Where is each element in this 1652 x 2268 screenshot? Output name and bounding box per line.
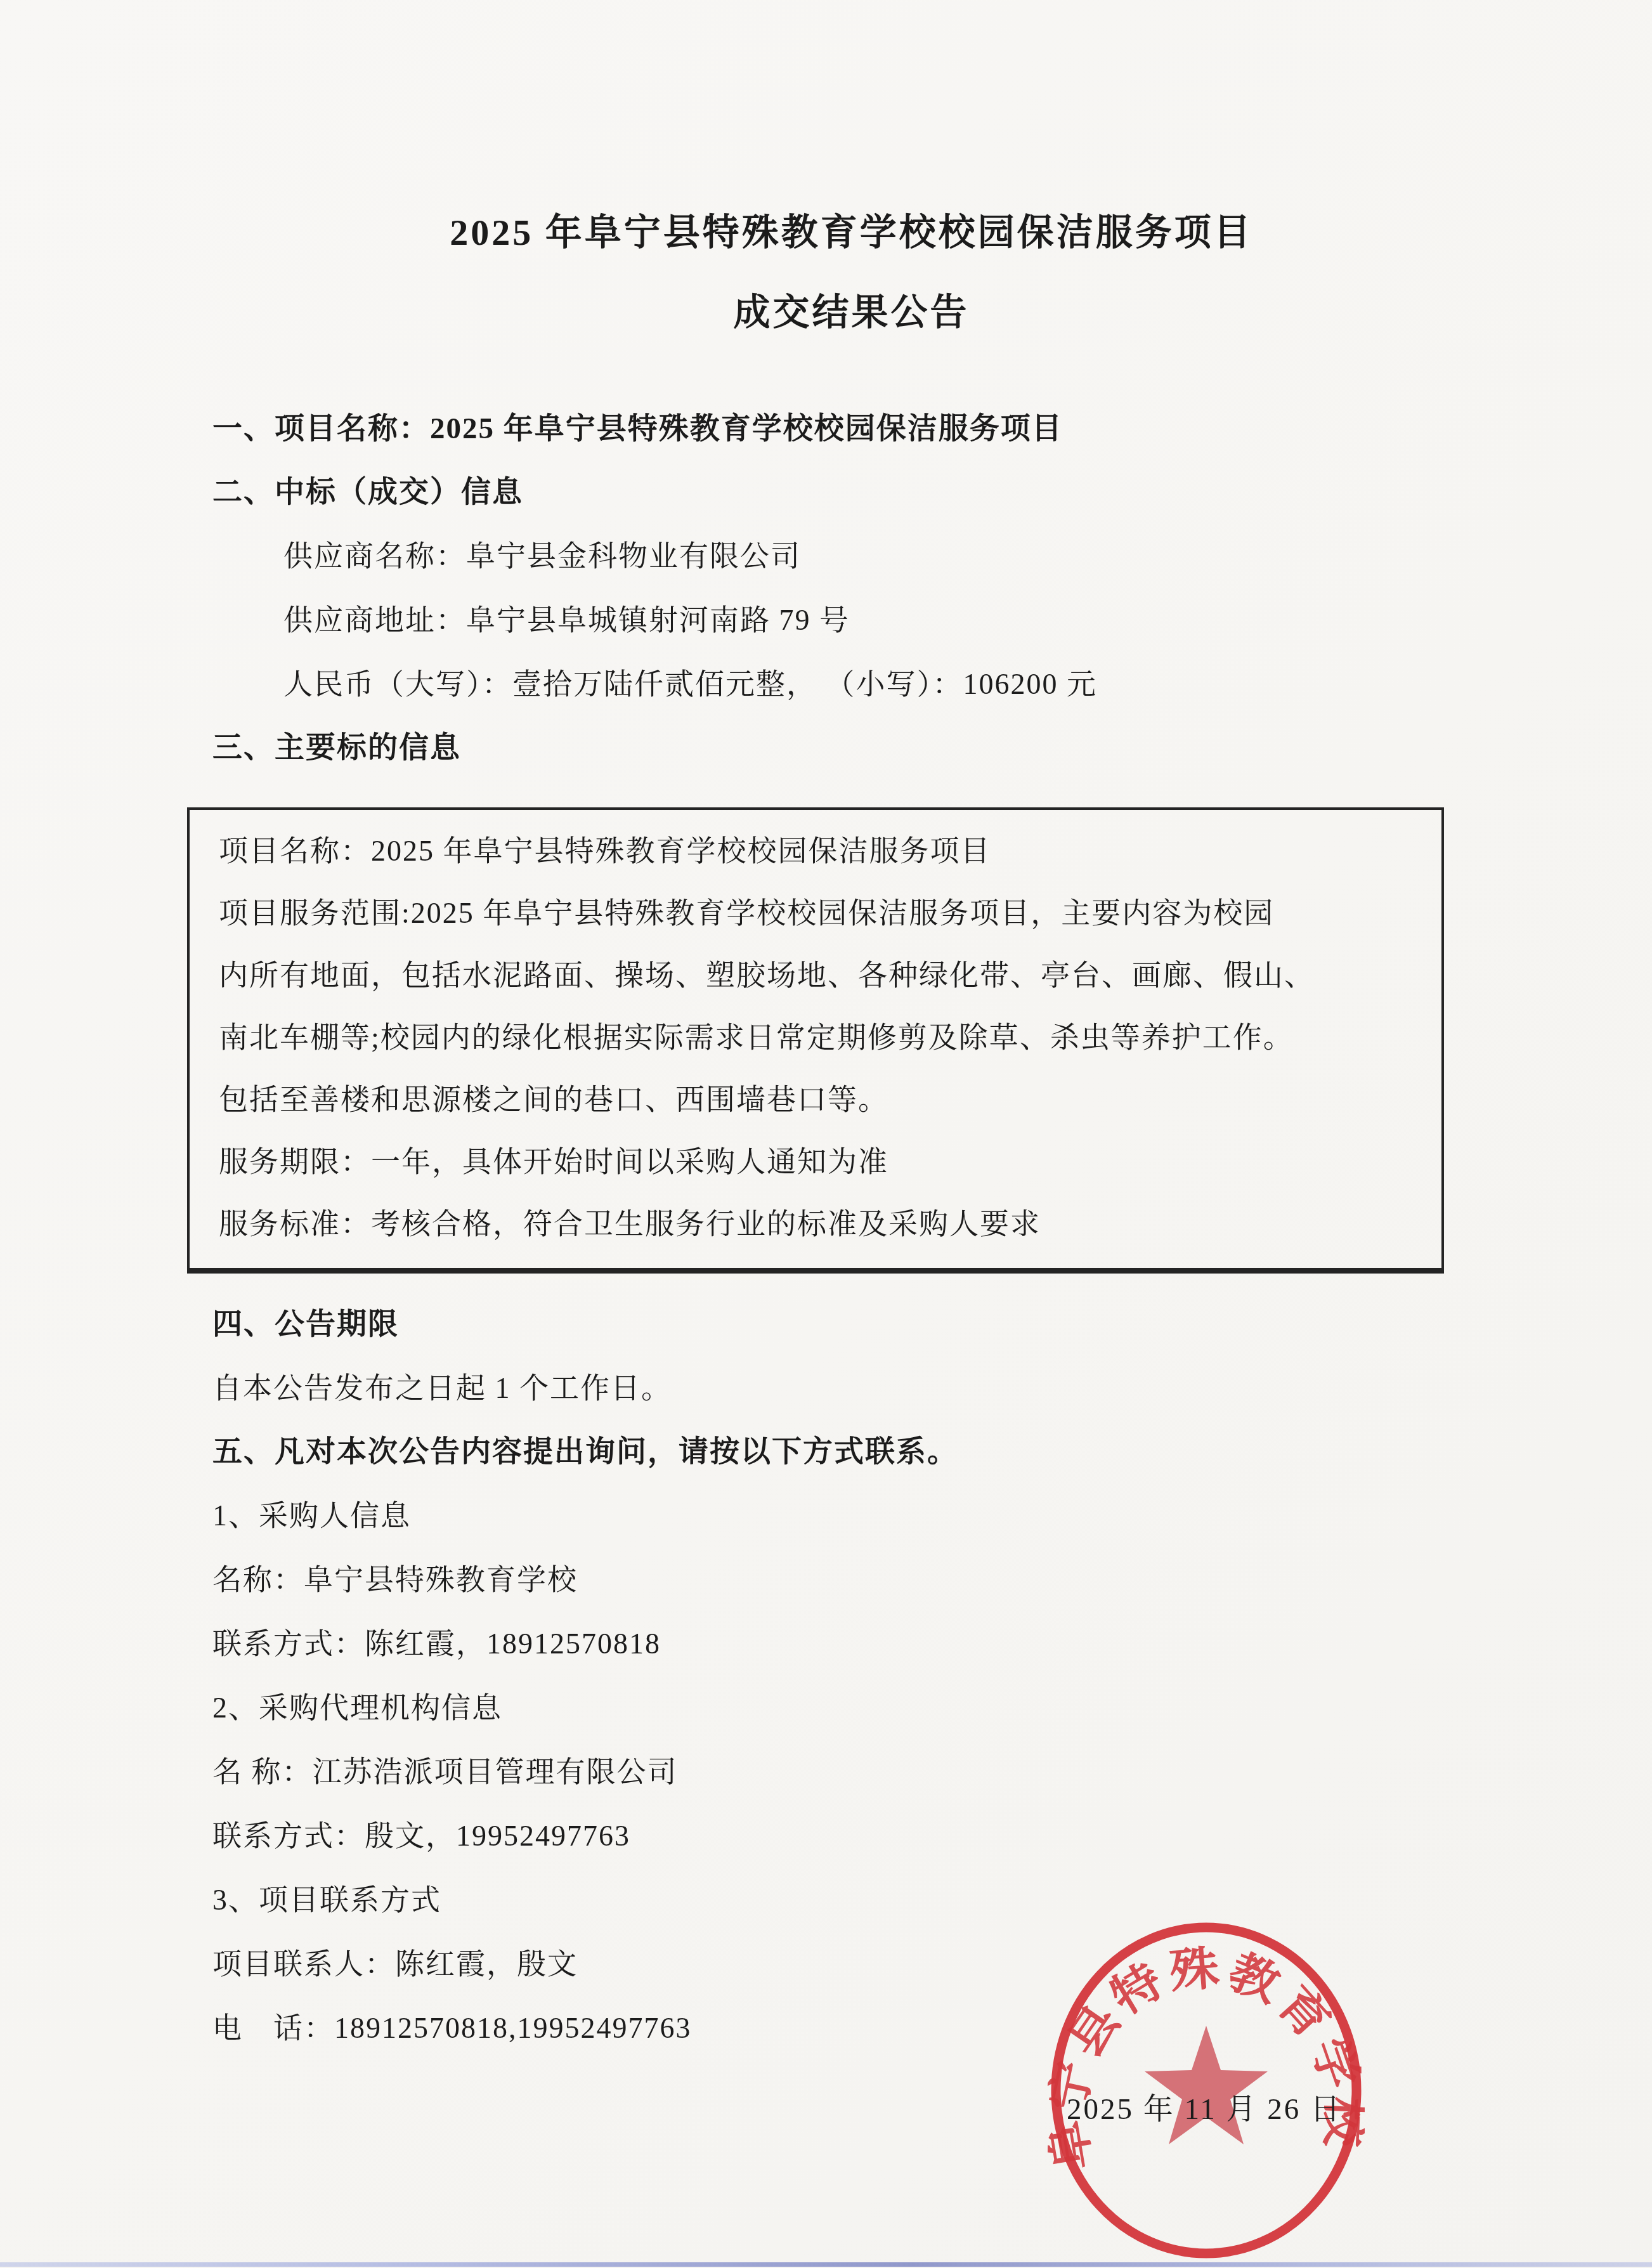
subject-matter-box: 项目名称：2025 年阜宁县特殊教育学校校园保洁服务项目 项目服务范围:2025… xyxy=(187,807,1444,1274)
announcement-date: 2025 年 11 月 26 日 xyxy=(1067,2085,1342,2128)
document-body: 2025 年阜宁县特殊教育学校校园保洁服务项目 成交结果公告 一、项目名称：20… xyxy=(212,209,1490,2060)
scan-edge-artifact xyxy=(0,2262,1652,2267)
announcement-page: 2025 年阜宁县特殊教育学校校园保洁服务项目 成交结果公告 一、项目名称：20… xyxy=(0,0,1652,2268)
section5-heading: 五、凡对本次公告内容提出询问，请按以下方式联系。 xyxy=(212,1420,1490,1483)
supplier-address-line: 供应商地址：阜宁县阜城镇射河南路 79 号 xyxy=(283,588,1490,652)
section2-heading: 二、中标（成交）信息 xyxy=(212,460,1490,524)
section4-body: 自本公告发布之日起 1 个工作日。 xyxy=(212,1356,1490,1420)
purchaser-info-heading: 1、采购人信息 xyxy=(212,1483,1490,1548)
supplier-name-line: 供应商名称：阜宁县金科物业有限公司 xyxy=(283,524,1490,588)
agency-name-line: 名 称：江苏浩派项目管理有限公司 xyxy=(212,1740,1490,1804)
purchaser-contact-line: 联系方式：陈红霞，18912570818 xyxy=(212,1612,1490,1676)
section3-heading: 三、主要标的信息 xyxy=(212,716,1490,779)
section4-heading: 四、公告期限 xyxy=(212,1293,1490,1356)
box-service-standard: 服务标准：考核合格，符合卫生服务行业的标准及采购人要求 xyxy=(219,1193,1415,1255)
price-line: 人民币（大写）：壹拾万陆仟贰佰元整， （小写）：106200 元 xyxy=(283,652,1490,716)
box-service-term: 服务期限：一年，具体开始时间以采购人通知为准 xyxy=(219,1131,1415,1193)
agency-info-heading: 2、采购代理机构信息 xyxy=(212,1676,1490,1740)
title-line1: 2025 年阜宁县特殊教育学校校园保洁服务项目 xyxy=(212,209,1490,256)
agency-contact-line: 联系方式：殷文，19952497763 xyxy=(212,1804,1490,1868)
section1-heading: 一、项目名称：2025 年阜宁县特殊教育学校校园保洁服务项目 xyxy=(212,397,1490,460)
box-scope-line3: 南北车棚等;校园内的绿化根据实际需求日常定期修剪及除草、杀虫等养护工作。 xyxy=(219,1007,1415,1069)
box-scope-line1: 项目服务范围:2025 年阜宁县特殊教育学校校园保洁服务项目，主要内容为校园 xyxy=(219,882,1415,944)
title-line2: 成交结果公告 xyxy=(212,289,1490,336)
box-scope-line4: 包括至善楼和思源楼之间的巷口、西围墙巷口等。 xyxy=(219,1069,1415,1131)
box-scope-line2: 内所有地面，包括水泥路面、操场、塑胶场地、各种绿化带、亭台、画廊、假山、 xyxy=(219,944,1415,1007)
box-project-name: 项目名称：2025 年阜宁县特殊教育学校校园保洁服务项目 xyxy=(219,820,1415,882)
purchaser-name-line: 名称：阜宁县特殊教育学校 xyxy=(212,1548,1490,1612)
